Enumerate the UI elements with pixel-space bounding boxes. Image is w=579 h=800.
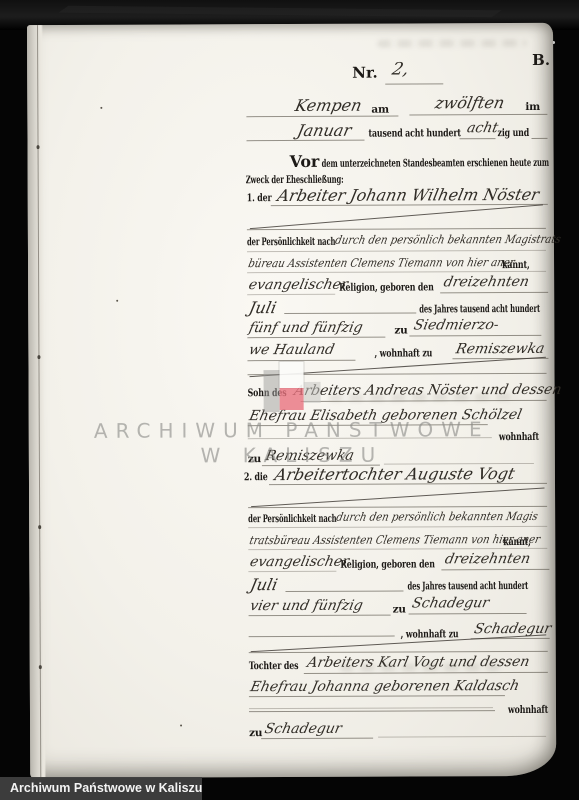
fill-rule: [441, 569, 549, 570]
archive-logo-light-square: [304, 382, 321, 403]
bleed-through-smudge: [377, 39, 527, 48]
fill-rule: [378, 736, 546, 738]
document-page: B. Nr. 2, Kempen am zwölften im Januar t…: [27, 23, 556, 778]
fill-rule: [249, 615, 391, 617]
archive-footer-bar: Archiwum Państwowe w Kaliszu: [0, 777, 202, 800]
groom-identity-label: der Persönlichkeit nach: [247, 236, 335, 248]
fill-rule: [247, 271, 546, 273]
bride-parents-residence-hw: Schadegur: [263, 721, 343, 737]
bride-parents-label: Tochter des: [249, 660, 299, 672]
crossed-out-stroke: [250, 204, 543, 229]
fill-rule: [304, 672, 548, 674]
fill-rule: [261, 738, 373, 739]
bride-birth-month-hw: Juli: [248, 575, 279, 594]
groom-kannt-label: kannt,: [502, 259, 530, 271]
fill-rule: [249, 636, 395, 638]
fill-rule: [248, 506, 547, 508]
fill-rule: [409, 613, 527, 615]
stitch-hole: [38, 525, 41, 529]
groom-name-handwritten: Arbeiter Johann Wilhelm Nöster: [276, 185, 541, 205]
bride-parents-hw2: Ehefrau Johanna geborenen Kaldasch: [249, 678, 521, 695]
form-series-letter: B.: [532, 51, 550, 69]
crossed-out-stroke: [251, 634, 547, 652]
bride-identity-hw2: tratsbüreau Assistenten Clemens Tiemann …: [248, 532, 541, 547]
groom-birth-year-hw: fünf und fünfzig: [247, 320, 364, 337]
bride-religion-hw: evangelischer: [248, 554, 350, 570]
groom-residence-hw: Remiszewka: [454, 341, 546, 357]
bride-birth-place-hw: Schadegur: [411, 595, 491, 611]
stitch-hole: [37, 355, 40, 359]
crossed-out-stroke: [251, 487, 544, 507]
am-label: am: [371, 104, 389, 116]
bride-kannt-label: kannt,: [503, 536, 531, 548]
fill-rule: [271, 204, 548, 206]
dateline-rule: [409, 114, 547, 116]
bleed-through-smudge: [329, 393, 519, 402]
groom-item-label: 1. der: [247, 192, 272, 204]
groom-birth-day-hw: dreizehnten: [442, 274, 530, 290]
intro-line2: Zweck der Eheschließung:: [246, 174, 344, 186]
intro-line1: dem unterzeichneten Standesbeamten ersch…: [322, 157, 549, 170]
year-handwritten: acht: [465, 120, 499, 136]
stitch-hole: [39, 665, 42, 669]
bleed-through-smudge: [340, 663, 500, 672]
groom-identity-hw1: durch den persönlich bekannten Magistrat…: [334, 232, 562, 247]
groom-religion-label: Religion, geboren den: [339, 281, 434, 293]
fill-rule: [249, 651, 548, 653]
fill-rule: [248, 526, 547, 528]
fill-rule: [409, 335, 541, 337]
dateline-suffix-label: im: [525, 101, 540, 113]
paper-speck: [100, 107, 102, 109]
fill-rule: [269, 483, 547, 485]
record-number-underline: [385, 83, 443, 84]
bride-identity-label: der Persönlichkeit nach: [248, 513, 336, 525]
fill-rule: [247, 337, 385, 339]
stitch-hole: [37, 145, 40, 149]
fill-rule: [247, 250, 546, 252]
fill-rule: [440, 292, 548, 293]
groom-year-label: des Jahres tausend acht hundert: [419, 303, 540, 316]
month-handwritten: Januar: [296, 121, 354, 140]
bride-item-label: 2. die: [244, 471, 268, 483]
groom-religion-hw: evangelischer: [247, 277, 349, 293]
bride-birth-year-hw: vier und fünfzig: [249, 598, 365, 615]
groom-birth-place2-hw: we Hauland: [247, 342, 335, 358]
bride-year-label: des Jahres tausend acht hundert: [407, 580, 528, 593]
dateline-rule: [246, 116, 398, 118]
bride-identity-hw1: durch den persönlich bekannten Magis: [335, 509, 539, 524]
archive-logo-white-square: [279, 362, 303, 388]
scan-canvas: B. Nr. 2, Kempen am zwölften im Januar t…: [0, 0, 579, 800]
groom-birth-month-hw: Juli: [247, 298, 278, 317]
fill-rule: [247, 228, 546, 230]
fill-rule: [249, 710, 495, 712]
archive-logo-red-square: [280, 388, 304, 410]
zig-und-label: zig und: [497, 127, 529, 139]
day-handwritten: zwölften: [433, 93, 506, 112]
record-number-value: 2,: [390, 59, 410, 79]
fill-rule: [247, 294, 335, 295]
fill-rule: [284, 312, 416, 314]
bride-zu-label: zu: [393, 604, 406, 616]
bride-parents-wohnhaft-label: wohnhaft: [508, 704, 548, 716]
intro-vor-word: Vor: [290, 152, 320, 171]
archive-watermark-line2: W KALISZU: [29, 442, 555, 468]
dateline-rule: [531, 138, 547, 139]
year-printed-label: tausend acht hundert: [368, 127, 460, 139]
archive-logo-gray-bar: [264, 370, 280, 412]
bride-wohnhaft-zu-label: , wohnhaft zu: [401, 628, 459, 640]
groom-zu-label: zu: [394, 324, 407, 336]
record-number-label: Nr.: [352, 64, 378, 82]
archive-watermark-line1: ARCHIWUM PAŃSTWOWE: [29, 417, 555, 443]
fill-rule: [249, 707, 493, 709]
fill-rule: [249, 695, 505, 697]
fill-rule: [248, 548, 547, 550]
place-handwritten: Kempen: [293, 96, 363, 115]
bride-religion-label: Religion, geboren den: [340, 558, 435, 570]
groom-birth-place1-hw: Siedmierzo-: [412, 317, 500, 333]
fill-rule: [248, 571, 336, 572]
fill-rule: [285, 591, 403, 593]
paper-speck: [180, 724, 182, 726]
groom-identity-hw2: büreau Assistenten Clemens Tiemann von h…: [247, 255, 516, 270]
groom-wohnhaft-zu-label: , wohnhaft zu: [374, 347, 432, 359]
dateline-rule: [247, 140, 365, 142]
paper-speck: [116, 300, 118, 302]
bride-birth-day-hw: dreizehnten: [443, 551, 531, 567]
bride-name-handwritten: Arbeitertochter Auguste Vogt: [273, 464, 516, 484]
dateline-rule: [460, 138, 496, 139]
